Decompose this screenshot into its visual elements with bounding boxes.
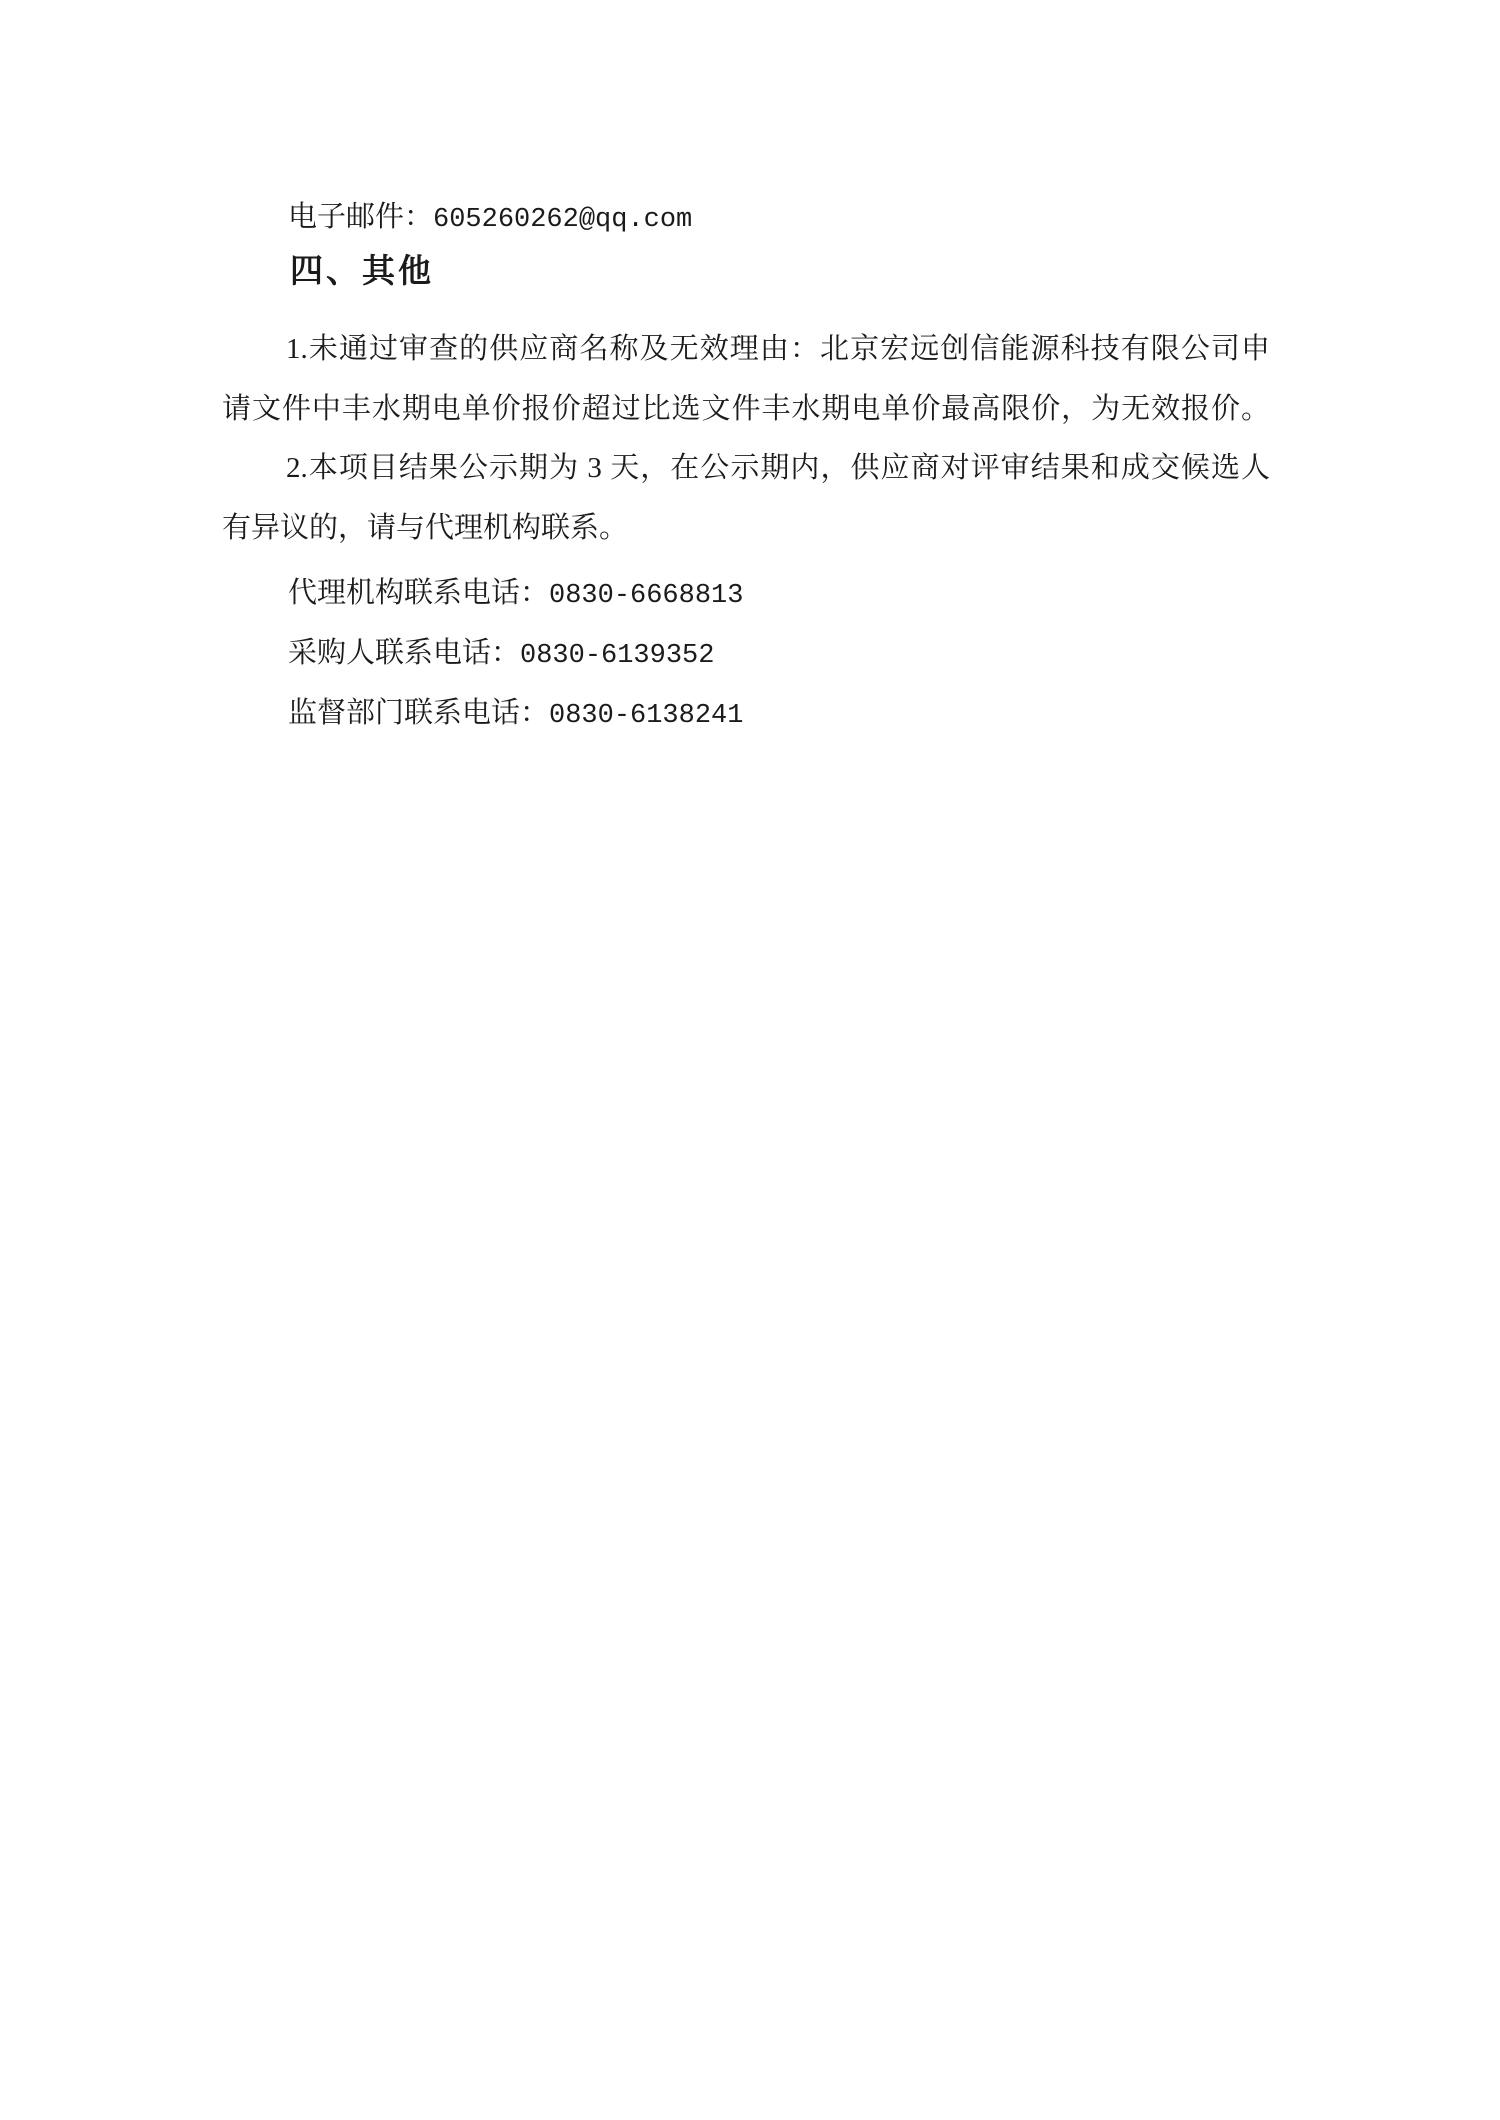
paragraph-rejection-reason: 1.未通过审查的供应商名称及无效理由：北京宏远创信能源科技有限公司申 请文件中丰… <box>222 319 1270 439</box>
section-heading: 四、其他 <box>290 242 434 302</box>
contact-label: 采购人联系电话： <box>288 637 520 669</box>
contact-line-purchaser: 采购人联系电话：0830-6139352 <box>288 623 714 686</box>
contact-line-agency: 代理机构联系电话：0830-6668813 <box>288 563 743 626</box>
contact-number: 0830-6139352 <box>520 641 714 671</box>
document-page: 电子邮件：605260262@qq.com 四、其他 1.未通过审查的供应商名称… <box>0 0 1500 2120</box>
paragraph-line: 请文件中丰水期电单价报价超过比选文件丰水期电单价最高限价，为无效报价。 <box>222 379 1270 439</box>
email-line: 电子邮件：605260262@qq.com <box>288 187 692 250</box>
paragraph-line: 2.本项目结果公示期为 3 天，在公示期内，供应商对评审结果和成交候选人 <box>222 438 1270 498</box>
contact-label: 监督部门联系电话： <box>288 697 549 729</box>
paragraph-publicity-period: 2.本项目结果公示期为 3 天，在公示期内，供应商对评审结果和成交候选人 有异议… <box>222 438 1270 558</box>
contact-label: 代理机构联系电话： <box>288 577 549 609</box>
email-label: 电子邮件： <box>288 201 433 233</box>
paragraph-line: 1.未通过审查的供应商名称及无效理由：北京宏远创信能源科技有限公司申 <box>222 319 1270 379</box>
paragraph-line: 有异议的，请与代理机构联系。 <box>222 498 1270 558</box>
email-value: 605260262@qq.com <box>433 205 692 235</box>
contact-number: 0830-6668813 <box>549 581 743 611</box>
contact-number: 0830-6138241 <box>549 701 743 731</box>
contact-line-supervisor: 监督部门联系电话：0830-6138241 <box>288 683 743 746</box>
